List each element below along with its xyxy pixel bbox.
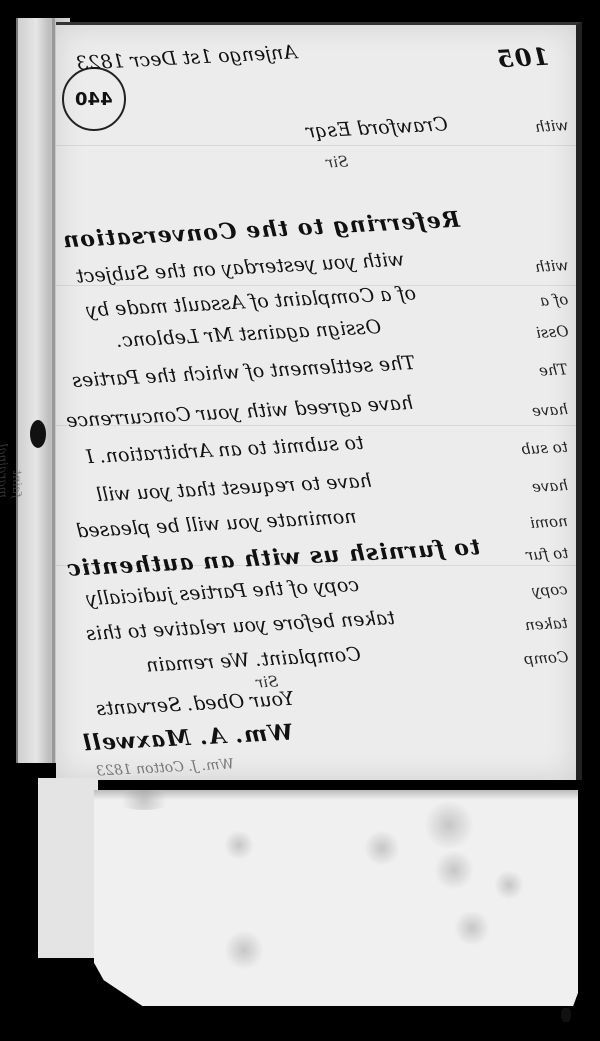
margin-fragment: The: [539, 360, 568, 379]
body-line-12: taken before you relative to this: [86, 607, 396, 645]
margin-fragment: with: [534, 116, 568, 136]
catalog-number-stamp: 440: [62, 67, 126, 131]
body-line-6: have agreed with your Concurrence: [66, 392, 414, 432]
margin-fragment: copy: [532, 580, 568, 600]
salutation-name: Crawford Esqr: [306, 113, 449, 142]
closing-servants: Your Obed. Servants: [96, 688, 295, 720]
body-line-8: have to request that you will: [96, 470, 373, 506]
lower-left-sheet: [38, 778, 98, 958]
signature: Wm. A. Maxwell: [81, 719, 293, 756]
margin-fragment: of a: [539, 290, 568, 309]
body-line-5: The settlement of which the Parties: [72, 352, 416, 392]
fold-line: [52, 18, 55, 763]
body-line-4: Ossign against Mr Leblonc.: [116, 316, 382, 352]
margin-fragment: to fur: [525, 544, 568, 564]
margin-fragment: taken: [525, 614, 568, 634]
faint-note: Wm. J. Cotton 1823: [96, 756, 235, 779]
body-line-10: to furnish us with an authentic: [66, 534, 481, 582]
punch-hole: [30, 420, 46, 448]
body-line-9: nominate you will be pleased: [76, 506, 357, 543]
body-line-7: to submit to an Arbitration. I: [86, 432, 365, 469]
foxing-stain: [424, 800, 474, 850]
lower-blank-sheet: [94, 790, 578, 1006]
margin-fragment: Comp: [523, 648, 568, 668]
salutation-word: Sir: [326, 152, 349, 171]
catalog-number: 440: [75, 89, 113, 110]
margin-fragment: Ossi: [535, 322, 568, 342]
letter-page: 440 105 Anjengo 1st Decr 1823 Crawford E…: [56, 22, 582, 780]
foxing-stain: [454, 910, 490, 946]
ruled-line: [56, 285, 576, 286]
margin-fragment: nomi: [530, 512, 569, 532]
worm-hole: [561, 1008, 571, 1022]
sheet-edge-shadow: [94, 790, 578, 800]
foxing-stain: [434, 850, 474, 890]
body-line-1: Referring to the Conversation: [62, 207, 461, 254]
dateline: Anjengo 1st Decr 1823: [76, 41, 298, 75]
body-line-2: with you yesterday on the Subject: [76, 248, 405, 287]
ruled-line: [56, 145, 576, 146]
margin-fragment: with: [534, 256, 568, 276]
back-sheet-note: faint marginal writing: [0, 458, 24, 498]
margin-fragment: to sub: [521, 438, 569, 458]
foxing-stain: [224, 930, 264, 970]
body-line-13: Complaint. We remain: [146, 643, 362, 676]
margin-fragment: have: [532, 400, 569, 420]
body-line-11: copy of the Parties judicially: [86, 574, 360, 610]
page-marker: 105: [495, 42, 550, 74]
foxing-stain: [494, 870, 524, 900]
margin-fragment: have: [532, 476, 569, 496]
scanned-document: faint marginal writing 440 105 Anjengo 1…: [0, 0, 600, 1041]
foxing-stain: [364, 830, 400, 866]
foxing-stain: [224, 830, 254, 860]
